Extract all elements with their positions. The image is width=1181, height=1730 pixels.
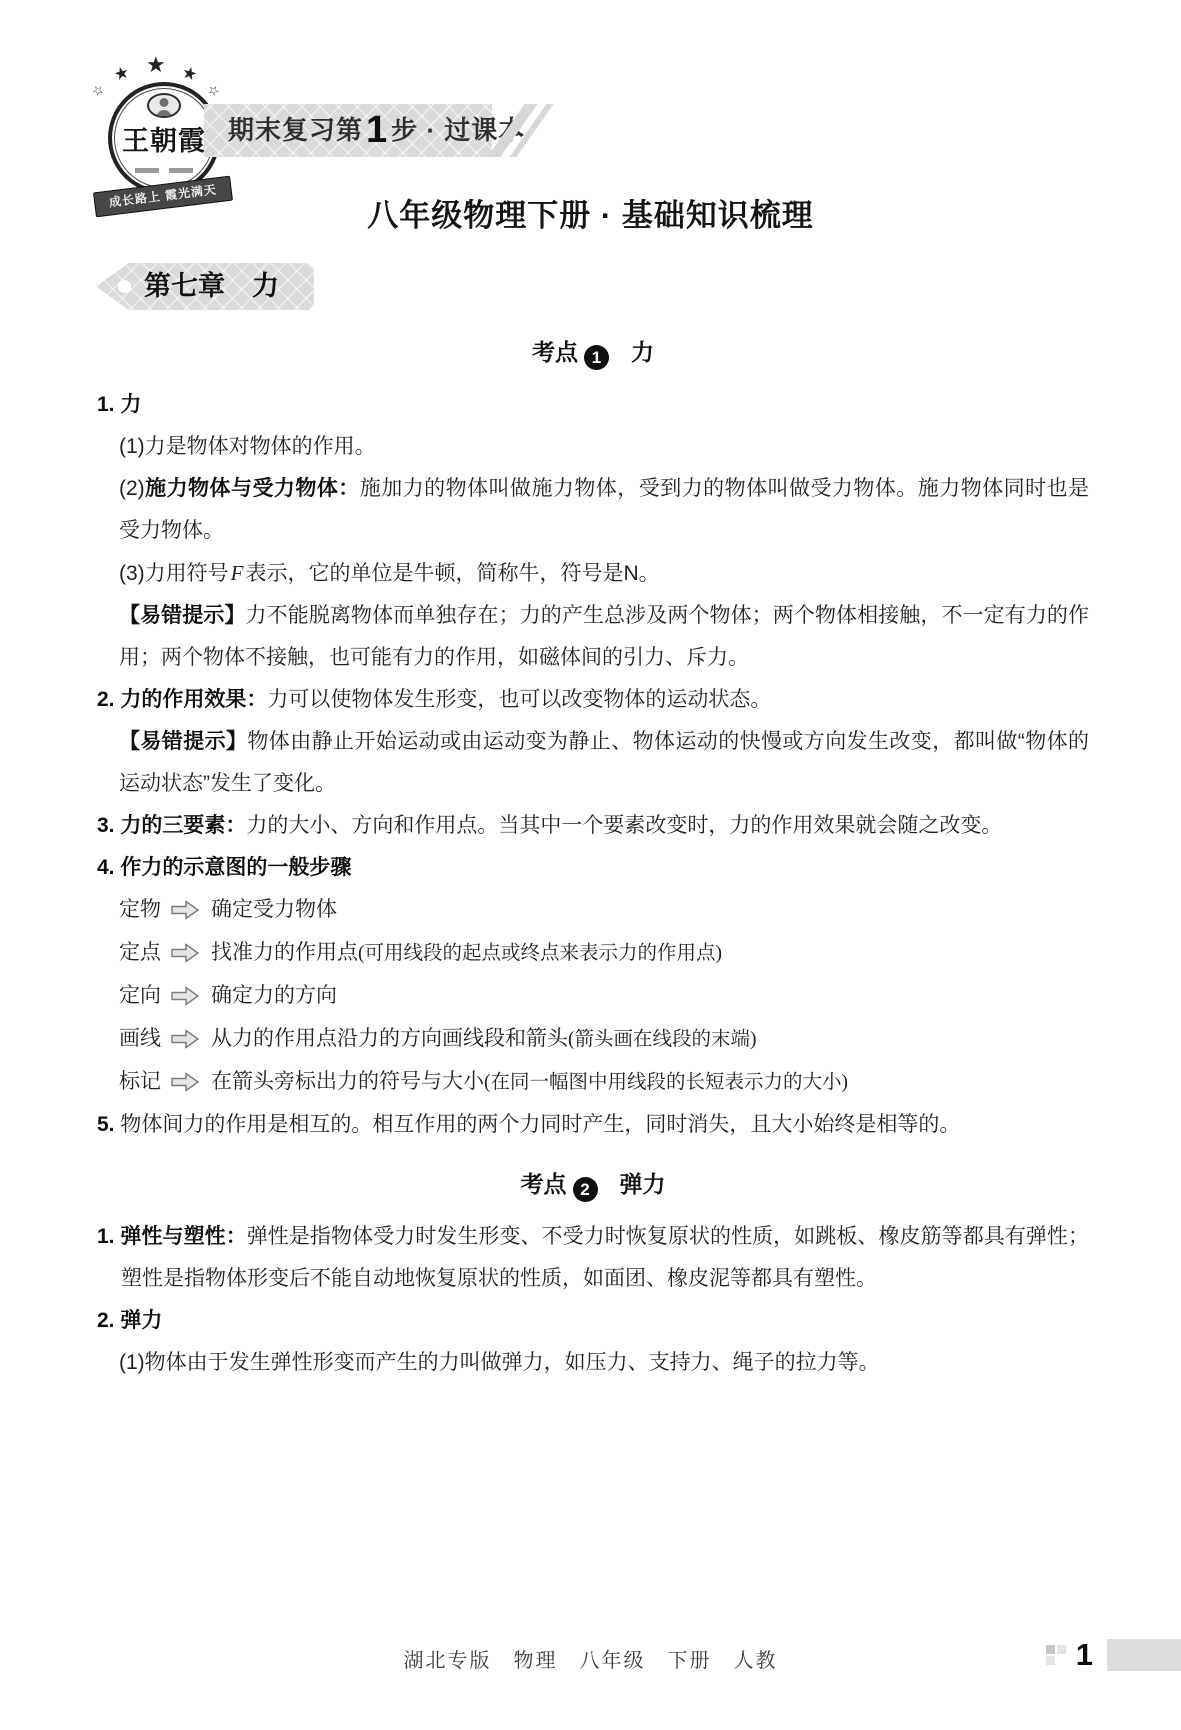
star-icon: ☆ — [90, 82, 107, 99]
double-arrow-icon — [170, 1029, 200, 1049]
banner-step-number: 1 — [363, 109, 391, 151]
kaodian-title: 力 — [631, 339, 654, 365]
chapter-tag: 第七章 力 — [96, 263, 314, 310]
section-heading-2: 考点2弹力 — [97, 1164, 1089, 1204]
item-elastic-1: 1. 弹性与塑性：弹性是指物体受力时发生形变、不受力时恢复原状的性质，如跳板、橡… — [97, 1216, 1089, 1300]
double-arrow-icon — [170, 943, 200, 963]
star-icon: ★ — [112, 63, 131, 83]
page-title: 八年级物理下册 · 基础知识梳理 — [0, 190, 1181, 235]
item-4: 4. 作力的示意图的一般步骤 — [97, 847, 1089, 889]
item-1: 1. 力 — [97, 384, 1089, 426]
brand-name: 王朝霞 — [112, 119, 216, 158]
step-row: 定物确定受力物体 — [119, 889, 1089, 932]
corner-squares-icon — [1046, 1645, 1066, 1665]
section-heading-1: 考点1力 — [97, 332, 1089, 372]
force-symbol: F — [229, 561, 246, 585]
tag-hole-icon — [118, 280, 131, 293]
header-banner: 期末复习第1步 · 过课本 — [204, 104, 492, 157]
point-1: (1)力是物体对物体的作用。 — [119, 426, 1089, 468]
circled-number-badge: 1 — [584, 345, 609, 370]
banner-text-prefix: 期末复习第 — [228, 115, 363, 145]
double-arrow-icon — [170, 986, 200, 1006]
kaodian-prefix: 考点 — [521, 1171, 567, 1197]
step-row: 定向确定力的方向 — [119, 975, 1089, 1018]
item-2: 2. 力的作用效果：力可以使物体发生形变，也可以改变物体的运动状态。 — [97, 679, 1089, 721]
circled-number-badge: 2 — [573, 1177, 598, 1202]
point-elastic-1: (1)物体由于发生弹性形变而产生的力叫做弹力，如压力、支持力、绳子的拉力等。 — [119, 1342, 1089, 1384]
star-icon: ★ — [180, 63, 199, 83]
error-tip-1: 【易错提示】力不能脱离物体而单独存在；力的产生总涉及两个物体；两个物体相接触，不… — [119, 595, 1089, 679]
item-elastic-2: 2. 弹力 — [97, 1300, 1089, 1342]
content: 考点1力 1. 力 (1)力是物体对物体的作用。 (2)施力物体与受力物体：施加… — [97, 328, 1089, 1384]
item-3: 3. 力的三要素：力的大小、方向和作用点。当其中一个要素改变时，力的作用效果就会… — [97, 805, 1089, 847]
page-number-group: 1 — [1046, 1638, 1181, 1672]
double-arrow-icon — [170, 900, 200, 920]
point-3: (3)力用符号F表示，它的单位是牛顿，简称牛，符号是N。 — [119, 552, 1089, 595]
logo-small-text — [112, 160, 216, 178]
page-number: 1 — [1076, 1637, 1093, 1673]
portrait-icon — [147, 93, 181, 118]
error-tip-2: 【易错提示】物体由静止开始运动或由运动变为静止、物体运动的快慢或方向发生改变，都… — [119, 721, 1089, 805]
double-arrow-icon — [170, 1072, 200, 1092]
star-icon: ★ — [146, 54, 166, 76]
point-2: (2)施力物体与受力物体：施加力的物体叫做施力物体，受到力的物体叫做受力物体。施… — [119, 468, 1089, 552]
page-edge-strip — [1107, 1639, 1181, 1671]
item-5: 5. 物体间力的作用是相互的。相互作用的两个力同时产生，同时消失，且大小始终是相… — [97, 1104, 1089, 1146]
kaodian-title: 弹力 — [620, 1171, 666, 1197]
step-row: 标记在箭头旁标出力的符号与大小(在同一幅图中用线段的长短表示力的大小) — [119, 1061, 1089, 1104]
page-footer: 湖北专版 物理 八年级 下册 人教 1 — [0, 1630, 1181, 1680]
chapter-label: 第七章 力 — [144, 271, 279, 301]
book-page: ☆ ★ ★ ★ ☆ 王朝霞 成长路上 霞光满天 期末复习第1步 · 过课本 八年… — [0, 0, 1181, 1730]
step-row: 定点找准力的作用点(可用线段的起点或终点来表示力的作用点) — [119, 932, 1089, 975]
star-icon: ☆ — [206, 82, 223, 99]
footer-imprint: 湖北专版 物理 八年级 下册 人教 — [0, 1644, 1181, 1673]
kaodian-prefix: 考点 — [532, 339, 578, 365]
step-row: 画线从力的作用点沿力的方向画线段和箭头(箭头画在线段的末端) — [119, 1018, 1089, 1061]
